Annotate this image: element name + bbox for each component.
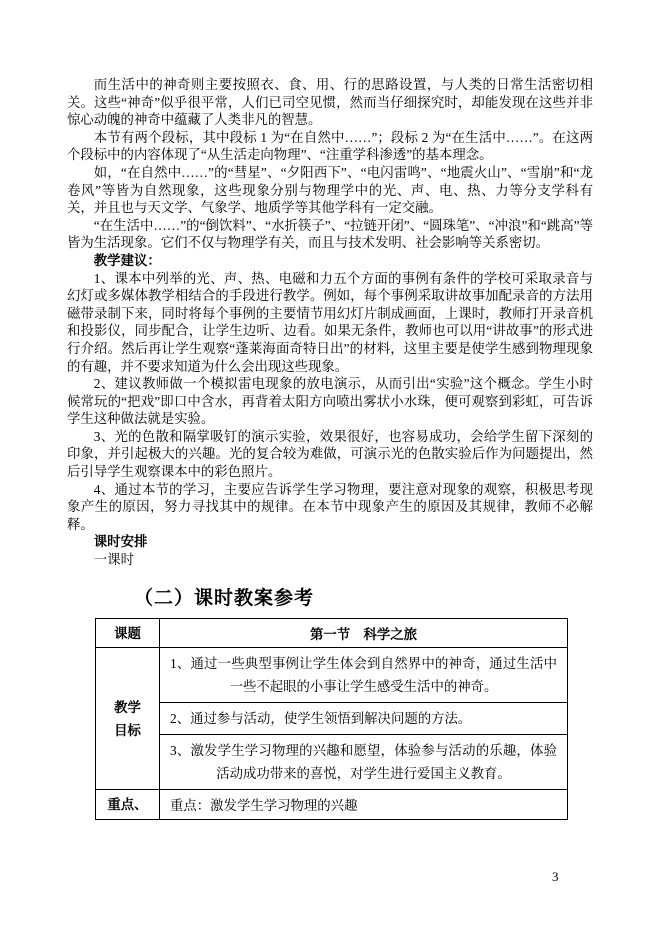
keypoints-value-cell: 重点：激发学生学习物理的兴趣 (160, 790, 568, 820)
table-row-keypoints: 重点、 重点：激发学生学习物理的兴趣 (96, 790, 568, 820)
lesson-schedule-value: 一课时 (67, 551, 593, 569)
lesson-plan-table: 课题 第一节 科学之旅 教学 目标 1、通过一些典型事例让学生体会到自然界中的神… (95, 618, 568, 820)
suggestion-4: 4、通过本节的学习，主要应告诉学生学习物理，要注意对现象的观察，积极思考现象产生… (67, 481, 593, 534)
objectives-label-line1: 教学 (99, 696, 156, 719)
section-heading: （二）课时教案参考 (134, 583, 314, 610)
objective-item-2: 2、通过参与活动，使学生领悟到解决问题的方法。 (160, 703, 568, 735)
objective-item-1: 1、通过一些典型事例让学生体会到自然界中的神奇，通过生活中一些不起眼的小事让学生… (160, 648, 568, 703)
suggestion-1: 1、课本中列举的光、声、热、电磁和力五个方面的事例有条件的学校可采取录音与幻灯或… (67, 270, 593, 376)
lesson-schedule-heading: 课时安排 (67, 533, 593, 551)
objectives-label-line2: 目标 (99, 719, 156, 742)
document-page: 而生活中的神奇则主要按照衣、食、用、行的思路设置，与人类的日常生活密切相关。这些… (0, 0, 661, 935)
table-row-objective-2: 2、通过参与活动，使学生领悟到解决问题的方法。 (96, 703, 568, 735)
objective-item-3: 3、激发学生学习物理的兴趣和愿望，体验参与活动的乐趣，体验活动成功带来的喜悦，对… (160, 735, 568, 790)
para-section-headings: 本节有两个段标，其中段标 1 为“在自然中……”；段标 2 为“在生活中……”。… (67, 129, 593, 164)
table-row-objective-3: 3、激发学生学习物理的兴趣和愿望，体验参与活动的乐趣，体验活动成功带来的喜悦，对… (96, 735, 568, 790)
table-row-topic: 课题 第一节 科学之旅 (96, 619, 568, 648)
topic-value-cell: 第一节 科学之旅 (160, 619, 568, 648)
para-life-wonders: 而生活中的神奇则主要按照衣、食、用、行的思路设置，与人类的日常生活密切相关。这些… (67, 76, 593, 129)
suggestion-3: 3、光的色散和隔掌吸钉的演示实验，效果很好，也容易成功，会给学生留下深刻的印象，… (67, 428, 593, 481)
table-row-objective-1: 教学 目标 1、通过一些典型事例让学生体会到自然界中的神奇，通过生活中一些不起眼… (96, 648, 568, 703)
teaching-suggestions-heading: 教学建议： (67, 252, 593, 270)
page-number: 3 (552, 869, 559, 885)
document-body: 而生活中的神奇则主要按照衣、食、用、行的思路设置，与人类的日常生活密切相关。这些… (67, 76, 593, 569)
objectives-label-cell: 教学 目标 (96, 648, 160, 790)
topic-label-cell: 课题 (96, 619, 160, 648)
para-nature-examples: 如，“在自然中……”的“彗星”、“夕阳西下”、“电闪雷鸣”、“地震火山”、“雪崩… (67, 164, 593, 217)
suggestion-2: 2、建议教师做一个模拟雷电现象的放电演示，从而引出“实验”这个概念。学生小时候常… (67, 375, 593, 428)
keypoints-label-cell: 重点、 (96, 790, 160, 820)
para-life-examples: “在生活中……”的“倒饮料”、“水折筷子”、“拉链开闭”、“圆珠笔”、“冲浪”和… (67, 217, 593, 252)
